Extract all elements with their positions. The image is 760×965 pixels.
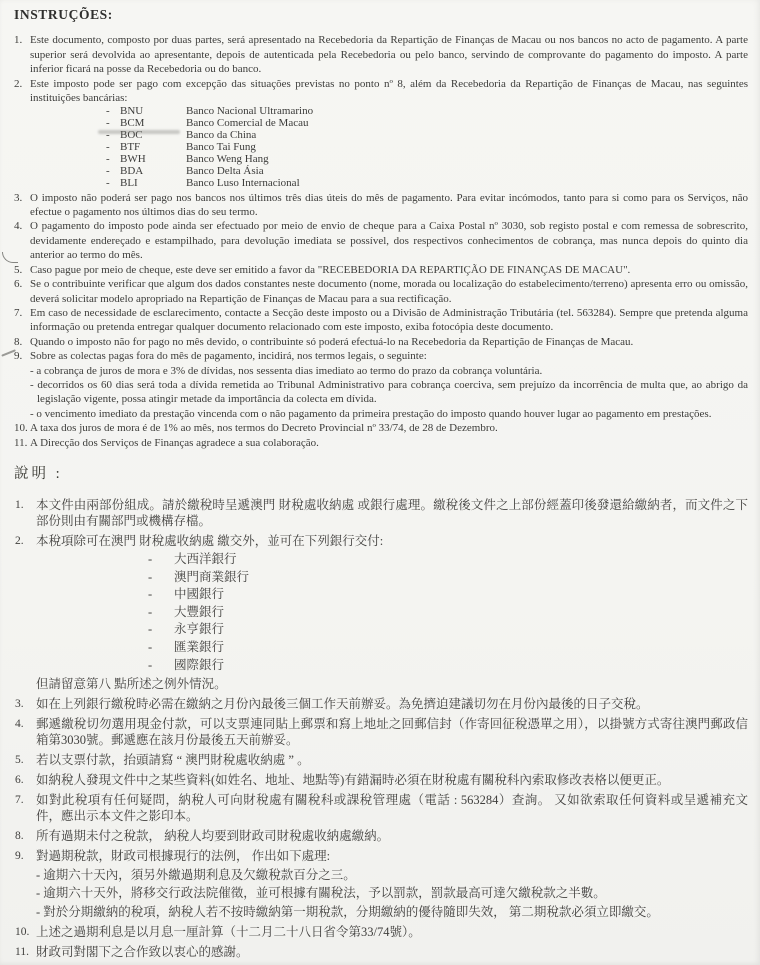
bank-name: 永亨銀行 xyxy=(174,621,224,639)
zh-instruction-item: 11. 財政司對閣下之合作致以衷心的感謝。 xyxy=(12,944,748,960)
zh-instruction-item: 5. 若以支票付款，抬頭請寫 “ 澳門財稅處收納處 ” 。 xyxy=(12,752,748,768)
pt-bank-list: - BNU Banco Nacional Ultramarino - BCM B… xyxy=(106,106,748,189)
item-number: 10. xyxy=(12,421,30,435)
bank-name: Banco Comercial de Macau xyxy=(186,118,748,130)
bank-row: - 澳門商業銀行 xyxy=(146,569,748,587)
portuguese-instructions-section: INSTRUÇÕES: 1. Este documento, composto … xyxy=(12,8,748,450)
bank-name: 澳門商業銀行 xyxy=(174,569,249,587)
dash-marker: - xyxy=(106,166,120,178)
sub-item: - o vencimento imediato da prestação vin… xyxy=(30,407,748,421)
bank-row: - 永亨銀行 xyxy=(146,621,748,639)
item-text: O imposto não poderá ser pago nos bancos… xyxy=(30,191,748,220)
bank-row: - 匯業銀行 xyxy=(146,639,748,657)
item-text: Em caso de necessidade de esclarecimento… xyxy=(30,306,748,335)
zh-instruction-item: 8. 所有過期未付之稅款， 納稅人均要到財政司財稅處收納處繳納。 xyxy=(12,828,748,844)
zh-instruction-item: 4. 郵遞繳稅切勿選用現金付款，可以支票連同貼上郵票和寫上地址之回郵信封（作寄回… xyxy=(12,716,748,748)
bank-name: 匯業銀行 xyxy=(174,639,224,657)
item-number: 8. xyxy=(12,335,30,349)
bank-row: - 大豐銀行 xyxy=(146,604,748,622)
zh-bank-list: - 大西洋銀行 - 澳門商業銀行 - 中國銀行 - 大豐銀行 xyxy=(146,551,748,674)
chinese-heading: 說明 : xyxy=(14,466,748,482)
item-text: Quando o imposto não for pago no mês dev… xyxy=(30,335,748,349)
bank-name: Banco Tai Fung xyxy=(186,142,748,154)
pt-instruction-item: 4. O pagamento do imposto pode ainda ser… xyxy=(12,219,748,262)
item-text: 如納稅人發現文件中之某些資料(如姓名、地址、地點等)有錯漏時必須在財稅處有關稅科… xyxy=(36,772,748,788)
item-number: 7. xyxy=(12,792,36,824)
sub-item: - 對於分期繳納的稅項，納稅人若不按時繳納第一期稅款，分期繳納的優待隨即失效， … xyxy=(36,904,748,920)
item-text: 本文件由兩部份組成。請於繳稅時呈遞澳門 財稅處收納處 或銀行處理。繳稅後文件之上… xyxy=(36,497,748,529)
dash-marker: - xyxy=(106,178,120,190)
bank-name: Banco Luso Internacional xyxy=(186,178,748,190)
dash-marker: - xyxy=(146,586,174,604)
item-number: 9. xyxy=(12,349,30,421)
handwritten-curve-mark xyxy=(2,252,18,263)
item-number: 11. xyxy=(12,436,30,450)
bank-row: - 中國銀行 xyxy=(146,586,748,604)
pt-instruction-item: 5. Caso pague por meio de cheque, este d… xyxy=(12,263,748,277)
scanned-document-page: INSTRUÇÕES: 1. Este documento, composto … xyxy=(0,0,760,965)
dash-marker: - xyxy=(146,657,174,675)
bank-name: Banco Weng Hang xyxy=(186,154,748,166)
bank-row: - 大西洋銀行 xyxy=(146,551,748,569)
sub-item: - 逾期六十天內，須另外繳過期利息及欠繳稅款百分之三。 xyxy=(36,867,748,883)
bank-exception-note: 但請留意第八 點所述之例外情況。 xyxy=(36,676,748,692)
bank-name: 國際銀行 xyxy=(174,657,224,675)
item-number: 1. xyxy=(12,497,36,529)
dash-marker: - xyxy=(146,621,174,639)
pt-instruction-item: 11. A Direcção dos Serviços de Finanças … xyxy=(12,436,748,450)
item-text: 如對此稅項有任何疑問，納稅人可向財稅處有關稅科或課稅管理處（電話 : 56328… xyxy=(36,792,748,824)
sub-item: - a cobrança de juros de mora e 3% de dí… xyxy=(30,364,748,378)
dash-marker: - xyxy=(146,604,174,622)
item-number: 11. xyxy=(12,944,36,960)
item-body: 對過期稅款，財政司根據現行的法例， 作出如下處理: - 逾期六十天內，須另外繳過… xyxy=(36,848,748,920)
bank-code: BLI xyxy=(120,178,186,190)
item-number: 4. xyxy=(12,716,36,748)
bank-name: Banco Delta Ásia xyxy=(186,166,748,178)
item-number: 3. xyxy=(12,191,30,220)
portuguese-heading: INSTRUÇÕES: xyxy=(14,8,748,22)
item-text: 所有過期未付之稅款， 納稅人均要到財政司財稅處收納處繳納。 xyxy=(36,828,748,844)
item-body: Sobre as colectas pagas fora do mês de p… xyxy=(30,349,748,421)
item-text: A taxa dos juros de mora é de 1% ao mês,… xyxy=(30,421,748,435)
item-text: 郵遞繳稅切勿選用現金付款，可以支票連同貼上郵票和寫上地址之回郵信封（作寄回征稅憑… xyxy=(36,716,748,748)
item-number: 6. xyxy=(12,772,36,788)
bank-name: 中國銀行 xyxy=(174,586,224,604)
item-number: 6. xyxy=(12,277,30,306)
item-number: 2. xyxy=(12,77,30,191)
dash-marker: - xyxy=(146,569,174,587)
bank-row: - BLI Banco Luso Internacional xyxy=(106,178,748,190)
item-text: 本稅項除可在澳門 財稅處收納處 繳交外，並可在下列銀行交付: xyxy=(36,533,748,549)
item-number: 1. xyxy=(12,33,30,76)
zh-instruction-item: 1. 本文件由兩部份組成。請於繳稅時呈遞澳門 財稅處收納處 或銀行處理。繳稅後文… xyxy=(12,497,748,529)
pt-instruction-item: 3. O imposto não poderá ser pago nos ban… xyxy=(12,191,748,220)
item-body: 本稅項除可在澳門 財稅處收納處 繳交外，並可在下列銀行交付: - 大西洋銀行 -… xyxy=(36,533,748,692)
zh-instruction-item: 9. 對過期稅款，財政司根據現行的法例， 作出如下處理: - 逾期六十天內，須另… xyxy=(12,848,748,920)
item-text: 對過期稅款，財政司根據現行的法例， 作出如下處理: xyxy=(36,848,748,864)
item-number: 5. xyxy=(12,752,36,768)
item-number: 5. xyxy=(12,263,30,277)
item-number: 3. xyxy=(12,696,36,712)
zh-instruction-item: 2. 本稅項除可在澳門 財稅處收納處 繳交外，並可在下列銀行交付: - 大西洋銀… xyxy=(12,533,748,692)
pt-instruction-item: 7. Em caso de necessidade de esclarecime… xyxy=(12,306,748,335)
bank-name: 大豐銀行 xyxy=(174,604,224,622)
zh-instruction-item: 3. 如在上列銀行繳稅時必需在繳納之月份內最後三個工作天前辦妥。為免擠迫建議切勿… xyxy=(12,696,748,712)
chinese-instructions-section: 說明 : 1. 本文件由兩部份組成。請於繳稅時呈遞澳門 財稅處收納處 或銀行處理… xyxy=(12,466,748,960)
item-text: 若以支票付款，抬頭請寫 “ 澳門財稅處收納處 ” 。 xyxy=(36,752,748,768)
zh-instruction-item: 7. 如對此稅項有任何疑問，納稅人可向財稅處有關稅科或課稅管理處（電話 : 56… xyxy=(12,792,748,824)
pt-instruction-item: 8. Quando o imposto não for pago no mês … xyxy=(12,335,748,349)
item-text: Caso pague por meio de cheque, este deve… xyxy=(30,263,748,277)
item-text: 財政司對閣下之合作致以衷心的感謝。 xyxy=(36,944,748,960)
item-text: 如在上列銀行繳稅時必需在繳納之月份內最後三個工作天前辦妥。為免擠迫建議切勿在月份… xyxy=(36,696,748,712)
item-text: Sobre as colectas pagas fora do mês de p… xyxy=(30,349,748,363)
bank-row: - BDA Banco Delta Ásia xyxy=(106,166,748,178)
item-number: 9. xyxy=(12,848,36,920)
item-text: Este imposto pode ser pago com excepção … xyxy=(30,77,748,106)
item-text: A Direcção dos Serviços de Finanças agra… xyxy=(30,436,748,450)
zh-instruction-item: 6. 如納稅人發現文件中之某些資料(如姓名、地址、地點等)有錯漏時必須在財稅處有… xyxy=(12,772,748,788)
bank-row: - 國際銀行 xyxy=(146,657,748,675)
pt-instruction-item: 10. A taxa dos juros de mora é de 1% ao … xyxy=(12,421,748,435)
sub-item: - 逾期六十天外，將移交行政法院催徵，並可根據有關稅法，予以罰款，罰款最高可達欠… xyxy=(36,885,748,901)
bank-name: Banco da China xyxy=(186,130,748,142)
item-text: O pagamento do imposto pode ainda ser ef… xyxy=(30,219,748,262)
item-text: 上述之過期利息是以月息一厘計算（十二月二十八日省令第33/74號）。 xyxy=(36,924,748,940)
dash-marker: - xyxy=(146,551,174,569)
dash-marker: - xyxy=(146,639,174,657)
pen-smudge-mark xyxy=(98,130,180,134)
item-number: 8. xyxy=(12,828,36,844)
bank-name: 大西洋銀行 xyxy=(174,551,237,569)
item-number: 2. xyxy=(12,533,36,692)
item-number: 7. xyxy=(12,306,30,335)
pt-instruction-item: 9. Sobre as colectas pagas fora do mês d… xyxy=(12,349,748,421)
item-text: Se o contribuinte verificar que algum do… xyxy=(30,277,748,306)
sub-item: - decorridos os 60 dias será toda a dívi… xyxy=(30,378,748,407)
item-text: Este documento, composto por duas partes… xyxy=(30,33,748,76)
zh-instruction-item: 10. 上述之過期利息是以月息一厘計算（十二月二十八日省令第33/74號）。 xyxy=(12,924,748,940)
item-number: 10. xyxy=(12,924,36,940)
pt-instruction-item: 6. Se o contribuinte verificar que algum… xyxy=(12,277,748,306)
bank-code: BDA xyxy=(120,166,186,178)
pt-instruction-item: 1. Este documento, composto por duas par… xyxy=(12,33,748,76)
